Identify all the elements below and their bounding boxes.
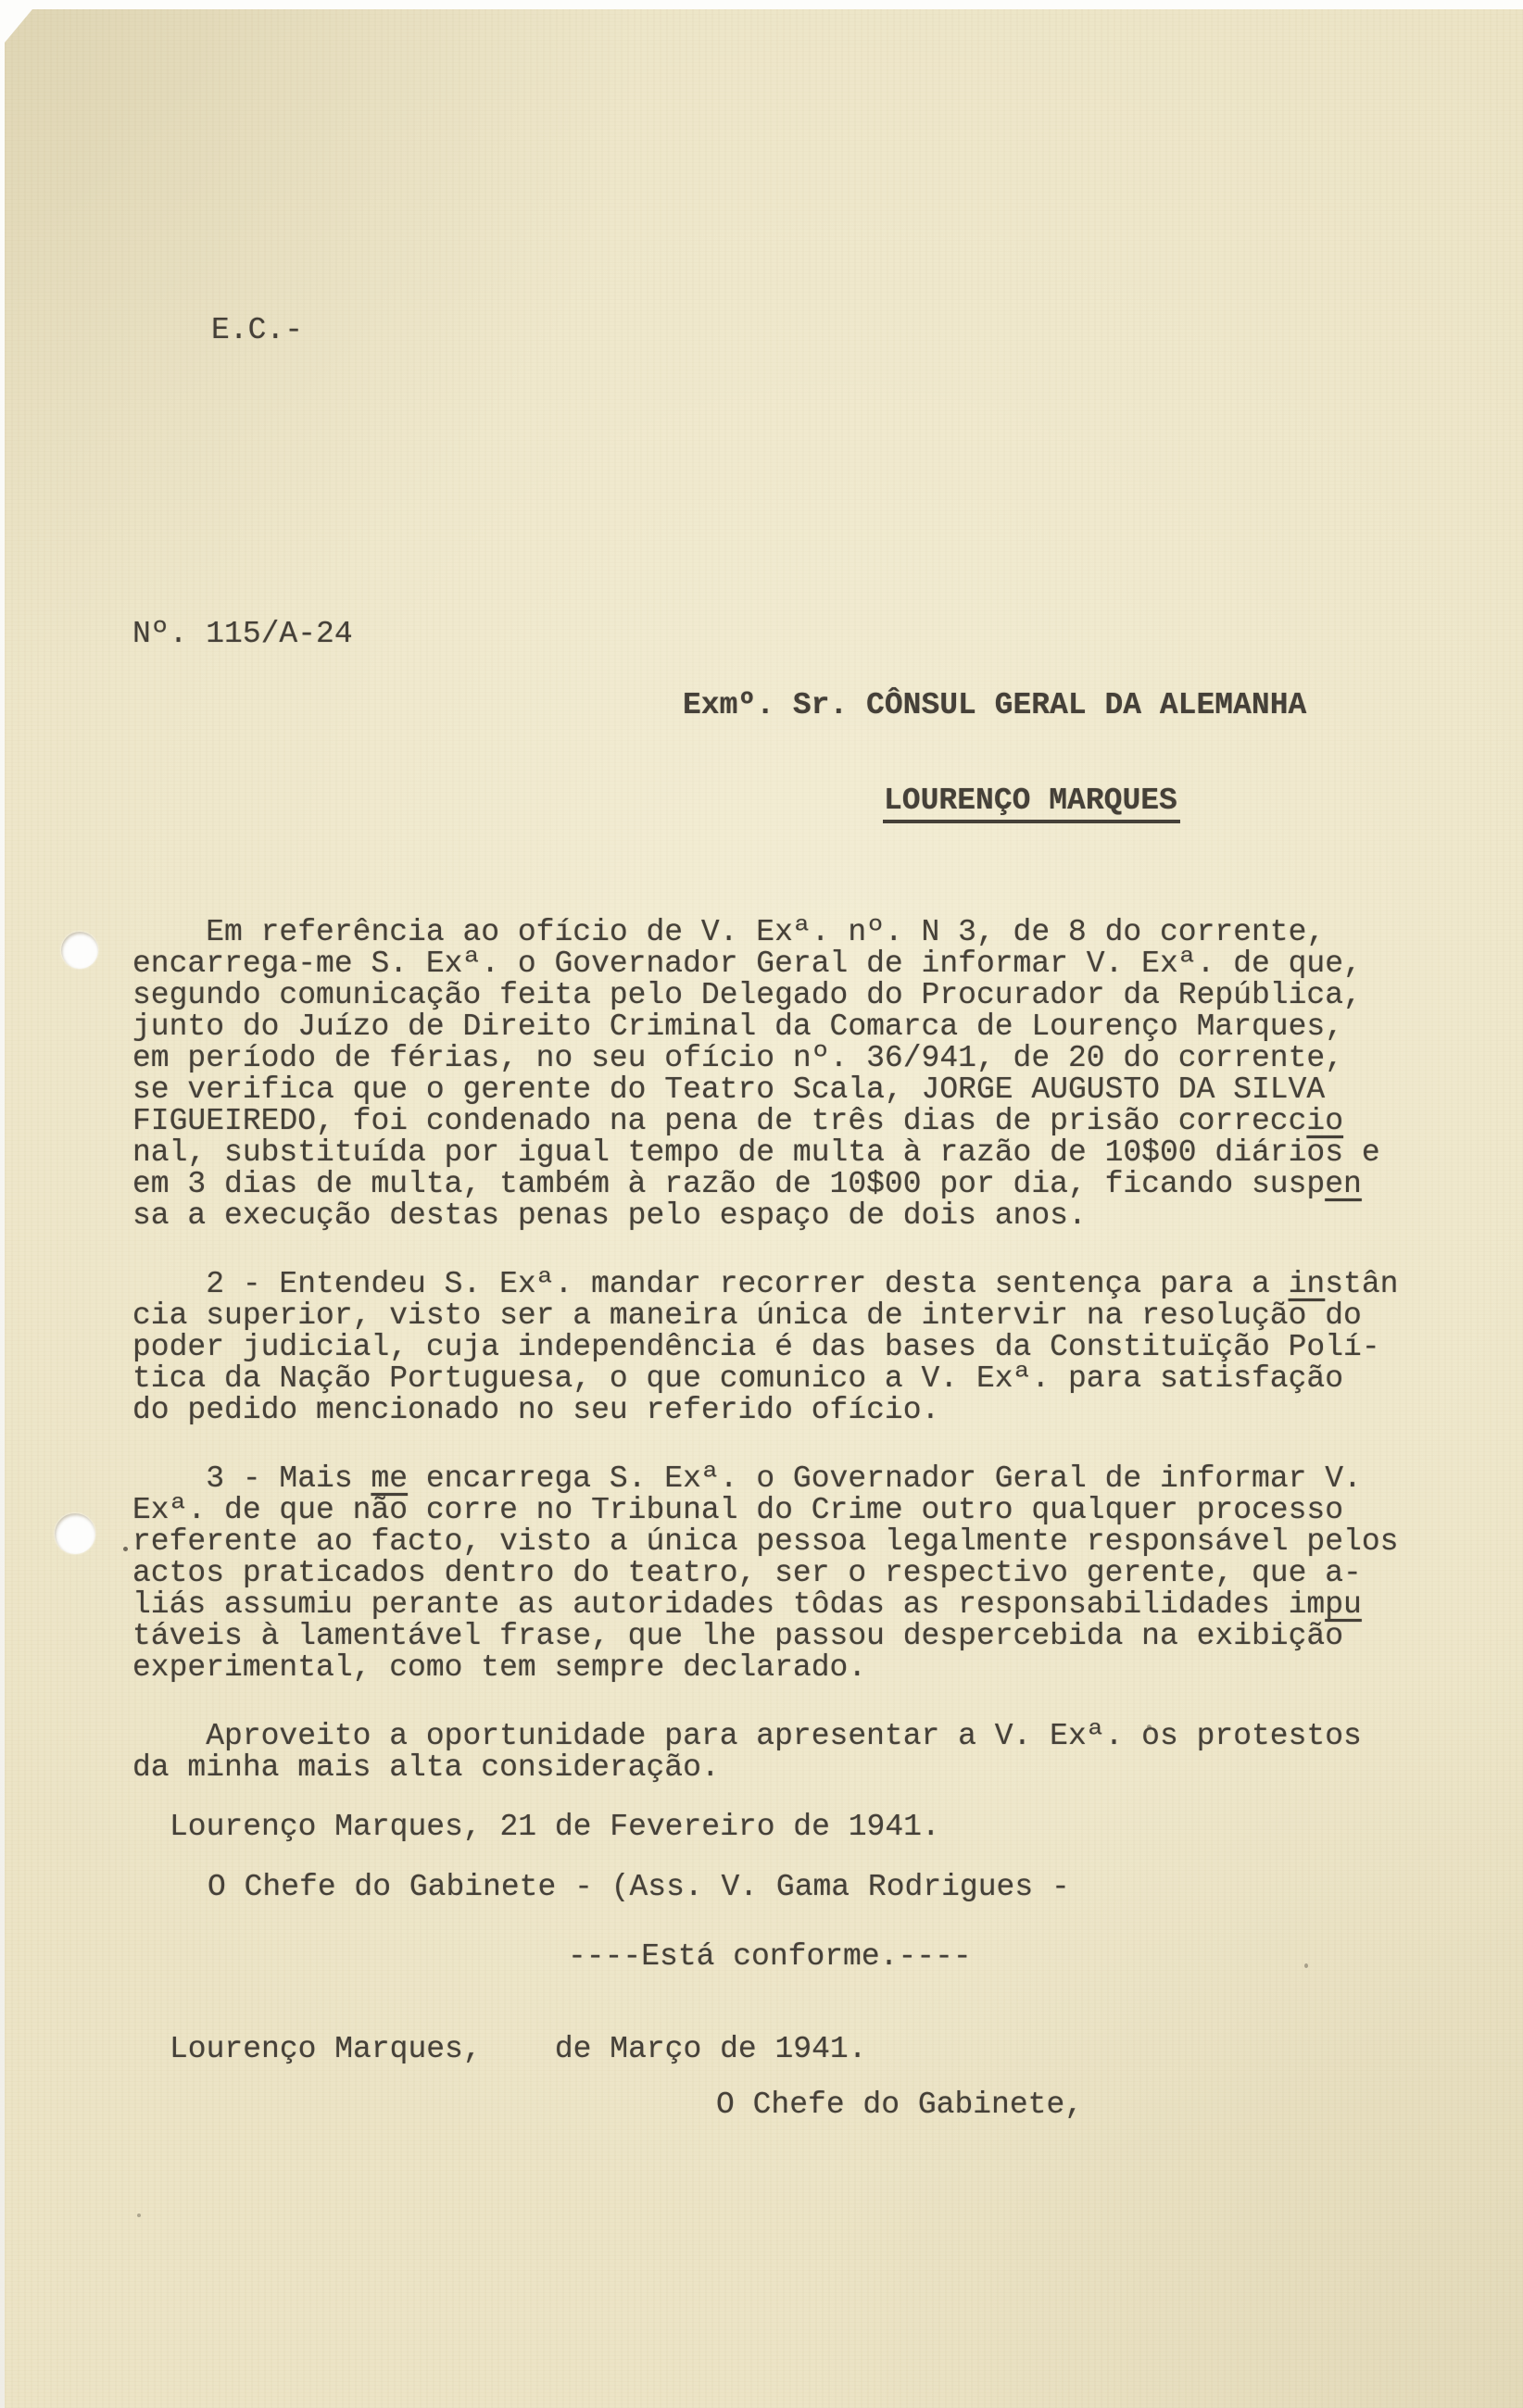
text-line: segundo comunicação feita pelo Delegado … <box>132 980 1457 1011</box>
text-line: junto do Juízo de Direito Criminal da Co… <box>132 1011 1457 1043</box>
addressee-city: LOURENÇO MARQUES <box>883 785 1180 823</box>
text-line: Em referência ao ofício de V. Exª. nº. N… <box>132 917 1457 948</box>
reference-number: Nº. 115/A-24 <box>132 619 353 650</box>
date-line: Lourenço Marques, 21 de Fevereiro de 194… <box>132 1812 1457 1843</box>
text-line: encarrega-me S. Exª. o Governador Geral … <box>132 948 1457 980</box>
document-page: E.C.- Nº. 115/A-24 Exmº. Sr. CÔNSUL GERA… <box>5 9 1523 2408</box>
ink-speck <box>123 1547 128 1551</box>
letter-body: Em referência ao ofício de V. Exª. nº. N… <box>132 917 1457 2121</box>
text-line: 2 - Entendeu S. Exª. mandar recorrer des… <box>132 1269 1457 1300</box>
paragraph: Em referência ao ofício de V. Exª. nº. N… <box>132 917 1457 1232</box>
text-line: Exª. de que não corre no Tribunal do Cri… <box>132 1495 1457 1526</box>
ink-speck <box>137 2214 141 2217</box>
text-line: nal, substituída por igual tempo de mult… <box>132 1137 1457 1169</box>
text-line: Aproveito a oportunidade para apresentar… <box>132 1721 1457 1752</box>
classification-code: E.C.- <box>211 315 303 346</box>
final-title-line: O Chefe do Gabinete, <box>132 2089 1457 2121</box>
punch-hole <box>61 932 98 969</box>
continuation-underline: pu <box>1325 1587 1362 1622</box>
text-line: 3 - Mais me encarrega S. Exª. o Governad… <box>132 1463 1457 1495</box>
signature-line: O Chefe do Gabinete - (Ass. V. Gama Rodr… <box>132 1872 1457 1903</box>
text-line: em 3 dias de multa, também à razão de 10… <box>132 1169 1457 1200</box>
punch-hole <box>55 1513 95 1554</box>
text-line: referente ao facto, visto a única pessoa… <box>132 1526 1457 1558</box>
text-line: FIGUEIREDO, foi condenado na pena de trê… <box>132 1106 1457 1137</box>
paragraphs-container: Em referência ao ofício de V. Exª. nº. N… <box>132 917 1457 1784</box>
text-line: da minha mais alta consideração. <box>132 1752 1457 1784</box>
text-line: actos praticados dentro do teatro, ser o… <box>132 1558 1457 1589</box>
text-line: experimental, como tem sempre declarado. <box>132 1652 1457 1684</box>
text-line: tica da Nação Portuguesa, o que comunico… <box>132 1363 1457 1395</box>
text-line: poder judicial, cuja independência é das… <box>132 1332 1457 1363</box>
text-line: do pedido mencionado no seu referido ofí… <box>132 1395 1457 1426</box>
continuation-underline: in <box>1289 1267 1326 1301</box>
continuation-underline: en <box>1325 1167 1362 1201</box>
continuation-underline: me <box>371 1461 408 1496</box>
certification-line: ----Está conforme.---- <box>132 1941 1457 1973</box>
second-date-line: Lourenço Marques, de Março de 1941. <box>132 2034 1457 2065</box>
scan-background: E.C.- Nº. 115/A-24 Exmº. Sr. CÔNSUL GERA… <box>0 0 1523 2408</box>
paragraph: 3 - Mais me encarrega S. Exª. o Governad… <box>132 1463 1457 1684</box>
text-line: em período de férias, no seu ofício nº. … <box>132 1043 1457 1074</box>
text-line: táveis à lamentável frase, que lhe passo… <box>132 1621 1457 1652</box>
text-line: cia superior, visto ser a maneira única … <box>132 1300 1457 1332</box>
text-line: sa a execução destas penas pelo espaço d… <box>132 1200 1457 1232</box>
paragraph: Aproveito a oportunidade para apresentar… <box>132 1721 1457 1784</box>
text-line: se verifica que o gerente do Teatro Scal… <box>132 1074 1457 1106</box>
addressee-line: Exmº. Sr. CÔNSUL GERAL DA ALEMANHA <box>683 690 1306 721</box>
paragraph: 2 - Entendeu S. Exª. mandar recorrer des… <box>132 1269 1457 1426</box>
continuation-underline: io <box>1306 1104 1343 1138</box>
addressee-city-line: LOURENÇO MARQUES <box>883 785 1180 823</box>
text-line: liás assumiu perante as autoridades tôda… <box>132 1589 1457 1621</box>
